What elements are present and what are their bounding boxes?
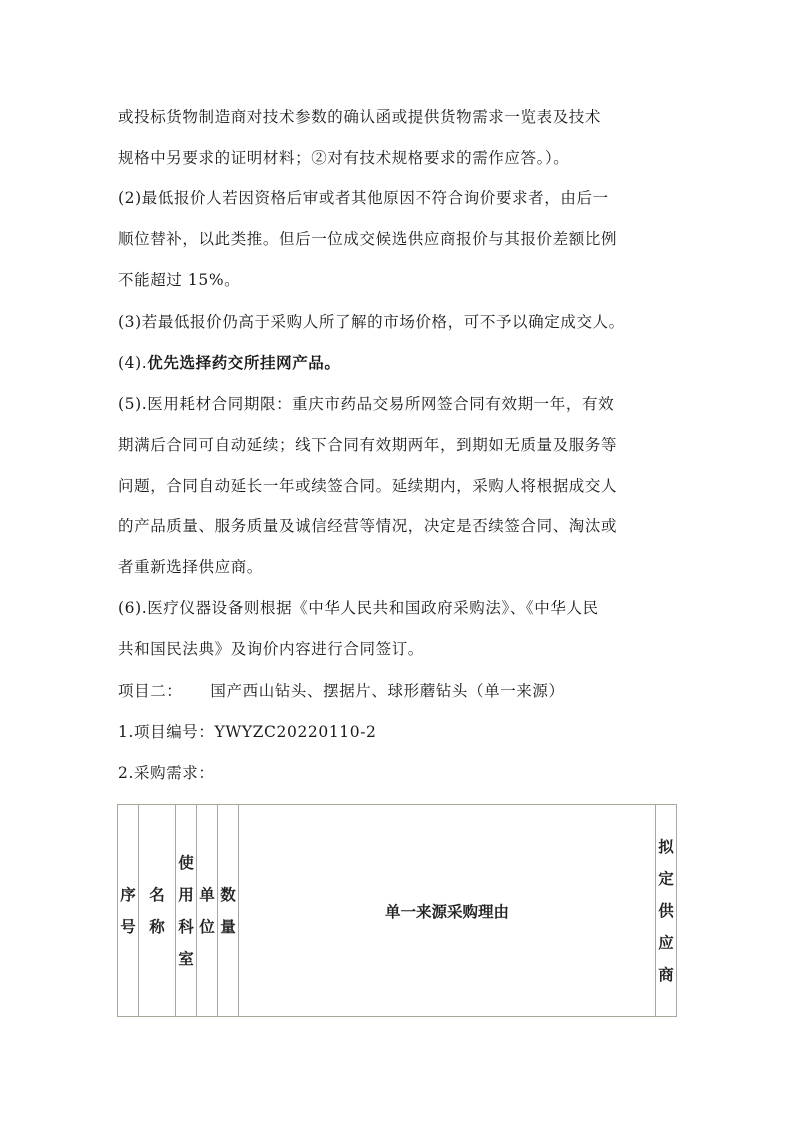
project-number: 1.项目编号：YWYZC20220110-2 [118,722,377,742]
header-index: 序 号 [118,805,139,1017]
table-header-row: 序 号 名 称 使 用 科 室 单 位 数 量 单一来源采购理由 [118,805,677,1017]
paragraph-line: 者重新选择供应商。 [118,557,263,577]
project-title: 国产西山钻头、摆据片、球形蘑钻头（单一来源） [210,682,564,700]
paragraph-line: (3)若最低报价仍高于采购人所了解的市场价格，可不予以确定成交人。 [118,312,625,332]
paragraph-line: 不能超过 15%。 [118,270,240,290]
paragraph-line: 问题，合同自动延长一年或续签合同。延续期内，采购人将根据成交人 [118,476,617,496]
paragraph-line: 或投标货物制造商对技术参数的确认函或提供货物需求一览表及技术 [118,107,601,127]
header-reason: 单一来源采购理由 [239,805,656,1017]
procurement-table: 序 号 名 称 使 用 科 室 单 位 数 量 单一来源采购理由 [117,804,677,1017]
paragraph-line: 顺位替补，以此类推。但后一位成交候选供应商报价与其报价差额比例 [118,229,617,249]
document-page: 或投标货物制造商对技术参数的确认函或提供货物需求一览表及技术 规格中另要求的证明… [0,0,793,1122]
paragraph-line: (6).医疗仪器设备则根据《中华人民共和国政府采购法》、《中华人民 [118,598,599,618]
header-name: 名 称 [139,805,176,1017]
requirements-label: 2.采购需求： [118,763,215,783]
project-label: 项目二： [118,682,182,700]
project-heading: 项目二：国产西山钻头、摆据片、球形蘑钻头（单一来源） [118,681,565,701]
paragraph-line: 期满后合同可自动延续；线下合同有效期两年，到期如无质量及服务等 [118,435,617,455]
header-unit: 单 位 [197,805,218,1017]
header-quantity: 数 量 [218,805,239,1017]
paragraph-line: 的产品质量、服务质量及诚信经营等情况，决定是否续签合同、淘汰或 [118,516,617,536]
header-department: 使 用 科 室 [176,805,197,1017]
paragraph-line: 共和国民法典》及询价内容进行合同签订。 [118,639,424,659]
item-number: (4). [118,354,147,372]
header-supplier: 拟 定 供 应 商 [656,805,677,1017]
paragraph-line: (5).医用耗材合同期限：重庆市药品交易所网签合同有效期一年，有效 [118,394,614,414]
paragraph-line: (4).优先选择药交所挂网产品。 [118,353,341,373]
paragraph-line: 规格中另要求的证明材料；②对有技术规格要求的需作应答。）。 [118,148,569,168]
bold-requirement: 优先选择药交所挂网产品。 [147,354,340,372]
paragraph-line: (2)最低报价人若因资格后审或者其他原因不符合询价要求者，由后一 [118,188,609,208]
